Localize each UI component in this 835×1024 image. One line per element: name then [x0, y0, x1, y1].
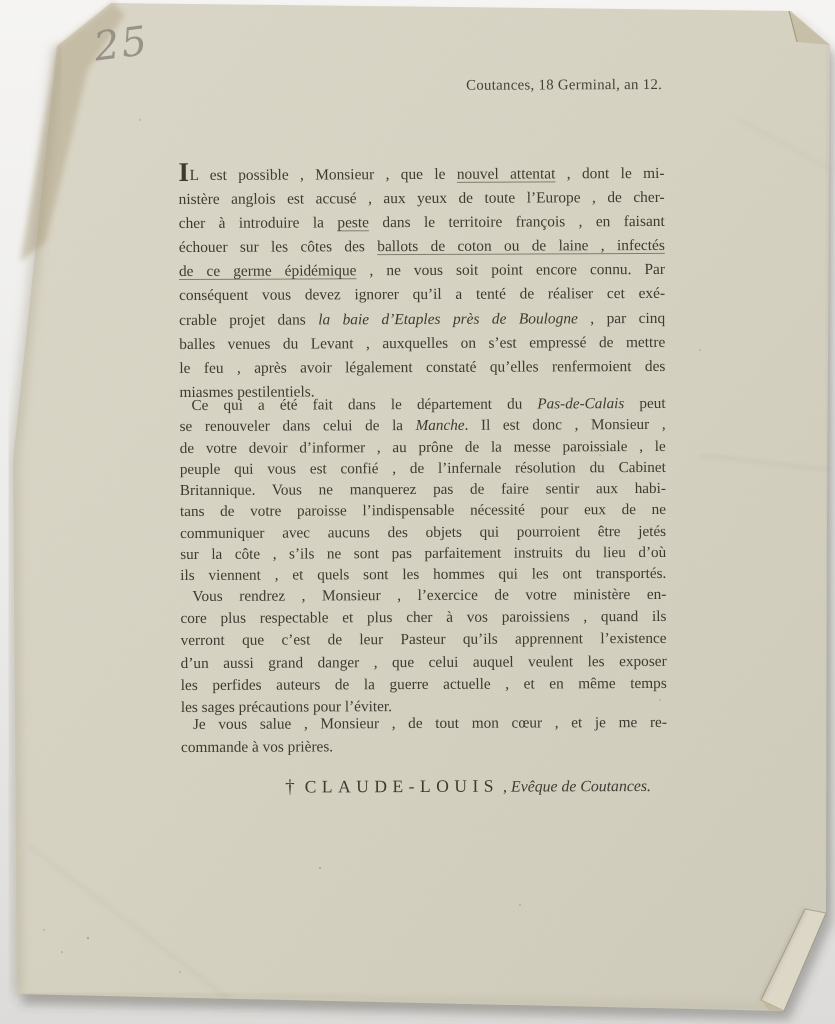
letter-content: 25 Coutances, 18 Germinal, an 12. IL est… [0, 0, 835, 1024]
underlined-text-run: peste [337, 214, 369, 231]
dateline: Coutances, 18 Germinal, an 12. [178, 77, 662, 96]
text-run: sur la côte , s’ils ne sont pas parfaite… [180, 544, 666, 563]
text-run: communiquer avec aucuns des objets qui p… [180, 523, 666, 542]
text-run: Vous rendrez , Monsieur , l’exercice de … [192, 586, 666, 605]
text-line: Je vous salue , Monsieur , de tout mon c… [181, 712, 667, 737]
text-line: sur la côte , s’ils ne sont pas parfaite… [180, 542, 666, 565]
text-run: dans le territoire françois , en faisant [369, 213, 665, 231]
signature-name: CLAUDE-LOUIS [305, 776, 499, 797]
text-run: de votre devoir d’informer , au prône de… [180, 438, 666, 457]
text-run: conséquent vous devez ignorer qu’il a te… [179, 285, 665, 304]
text-run: crable projet dans [179, 311, 318, 329]
text-run: , ne vous soit point encore connu. Par [356, 261, 665, 279]
text-line: crable projet dans la baie d’Etaples prè… [179, 306, 665, 332]
italic-text-run: Pas-de-Calais [537, 395, 624, 412]
text-run: nistère anglois est accusé , aux yeux de… [179, 189, 665, 208]
signature-separator: , [499, 779, 511, 796]
italic-text-run: la baie d’Etaples près de Boulogne [318, 310, 578, 328]
text-run: Je vous salue , Monsieur , de tout mon c… [193, 714, 667, 733]
paragraph-3: Vous rendrez , Monsieur , l’exercice de … [180, 584, 667, 719]
paragraph-1: IL est possible , Monsieur , que le nouv… [178, 162, 665, 405]
underlined-text-run: nouvel attentat [457, 165, 556, 182]
text-line: commande à vos prières. [181, 734, 667, 759]
paragraph-4: Je vous salue , Monsieur , de tout mon c… [181, 712, 667, 759]
text-line: nistère anglois est accusé , aux yeux de… [179, 186, 665, 212]
text-run: . Il est donc , Monsieur , [465, 416, 666, 434]
text-line: IL est possible , Monsieur , que le nouv… [178, 162, 664, 188]
drop-cap: I [178, 157, 189, 187]
text-line: de ce germe épidémique , ne vous soit po… [179, 258, 665, 284]
signature-title: Evêque de Coutances. [511, 778, 651, 796]
text-run: commande à vos prières. [181, 738, 333, 756]
text-line: ils viennent , et quels sont les hommes … [180, 563, 666, 586]
text-run: le feu , après avoir légalement constaté… [179, 358, 665, 377]
text-line: cher à introduire la peste dans le terri… [179, 210, 665, 236]
underlined-text-run: de ce germe épidémique [179, 263, 357, 281]
text-line: Vous rendrez , Monsieur , l’exercice de … [180, 584, 666, 608]
text-run: balles venues du Levant , auxquelles on … [179, 334, 665, 353]
text-line: de votre devoir d’informer , au prône de… [180, 436, 666, 459]
text-line: se renouveler dans celui de la Manche. I… [180, 414, 666, 437]
text-run: L est possible , Monsieur , que le [190, 166, 457, 184]
text-line: d’un aussi grand danger , que celui auqu… [181, 651, 667, 675]
cross-icon: † [285, 777, 295, 798]
text-line: balles venues du Levant , auxquelles on … [179, 331, 665, 357]
text-run: , par cinq [578, 309, 665, 326]
text-run: peuple qui vous est confié , de l’infern… [180, 459, 666, 478]
text-run: se renouveler dans celui de la [180, 417, 416, 435]
paragraph-2: Ce qui a été fait dans le département du… [179, 393, 666, 587]
text-run: d’un aussi grand danger , que celui auqu… [181, 653, 667, 672]
text-line: communiquer avec aucuns des objets qui p… [180, 521, 666, 544]
text-line: les perfides auteurs de la guerre actuel… [181, 673, 667, 697]
text-run: ils viennent , et quels sont les hommes … [180, 565, 666, 584]
text-run: Ce qui a été fait dans le département du [191, 395, 537, 414]
text-line: le feu , après avoir légalement constaté… [179, 355, 665, 381]
underlined-text-run: ballots de coton ou de laine , infectés [377, 237, 665, 255]
text-line: conséquent vous devez ignorer qu’il a te… [179, 282, 665, 308]
text-line: peuple qui vous est confié , de l’infern… [180, 457, 666, 480]
signature-line: † CLAUDE-LOUIS , Evêque de Coutances. [181, 774, 805, 799]
text-run: core plus respectable et plus cher à vos… [180, 608, 666, 627]
text-line: verront que c’est de leur Pasteur qu’ils… [181, 628, 667, 652]
text-run: tans de votre paroisse l’indispensable n… [180, 501, 666, 520]
text-run: cher à introduire la [179, 215, 338, 233]
text-line: Britannique. Vous ne manquerez pas de fa… [180, 478, 666, 501]
text-run: peut [624, 395, 665, 412]
text-run: échouer sur les côtes des [179, 238, 377, 256]
text-run: verront que c’est de leur Pasteur qu’ils… [181, 630, 667, 649]
italic-text-run: Manche [416, 417, 465, 434]
text-line: tans de votre paroisse l’indispensable n… [180, 499, 666, 522]
text-line: Ce qui a été fait dans le département du… [179, 393, 665, 416]
text-line: core plus respectable et plus cher à vos… [180, 606, 666, 630]
handwritten-number: 25 [91, 18, 151, 71]
text-run: , dont le mi- [555, 165, 664, 182]
text-run: les perfides auteurs de la guerre actuel… [181, 675, 667, 694]
text-run: Britannique. Vous ne manquerez pas de fa… [180, 480, 666, 499]
text-line: échouer sur les côtes des ballots de cot… [179, 234, 665, 260]
